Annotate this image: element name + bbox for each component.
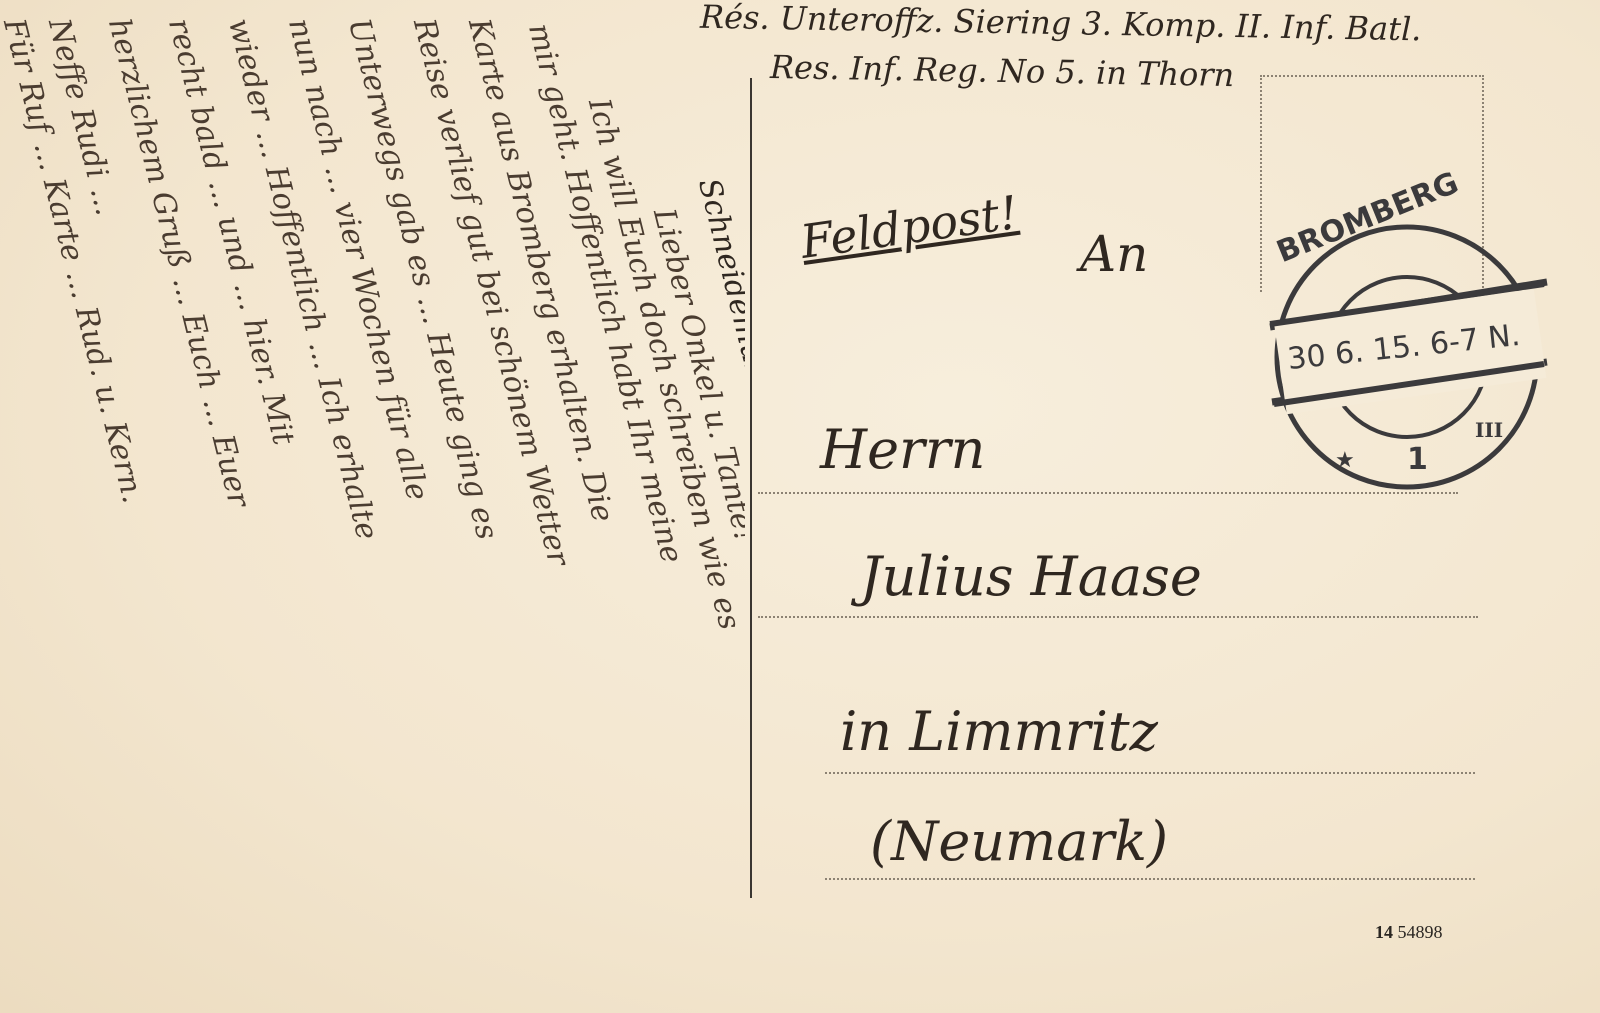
postmark-star: ★ [1335, 448, 1355, 473]
print-number: 14 54898 [1375, 922, 1443, 943]
recipient-salutation: Herrn [820, 418, 985, 481]
address-rule-3 [825, 772, 1475, 774]
recipient-name: Julius Haase [860, 545, 1202, 608]
postmark-side-mark: III [1475, 418, 1503, 442]
print-serial: 54898 [1398, 922, 1443, 942]
address-rule-2 [758, 616, 1478, 618]
greeting-mark: An [1080, 225, 1148, 283]
card-divider [750, 78, 752, 898]
postcard: Rés. Unteroffz. Siering 3. Komp. II. Inf… [0, 0, 1600, 1013]
sender-line-1: Rés. Unteroffz. Siering 3. Komp. II. Inf… [700, 0, 1422, 48]
letter-body: Schneidemühl, den 30. Juni 1915 Lieber O… [0, 0, 745, 1013]
recipient-region: (Neumark) [870, 810, 1168, 873]
address-rule-4 [825, 878, 1475, 880]
print-prefix: 14 [1375, 922, 1393, 942]
postmark-number: 1 [1407, 442, 1428, 477]
recipient-place: in Limmritz [840, 700, 1158, 763]
sender-line-2: Res. Inf. Reg. No 5. in Thorn [770, 48, 1235, 94]
feldpost-mark: Feldpost! [797, 185, 1021, 269]
